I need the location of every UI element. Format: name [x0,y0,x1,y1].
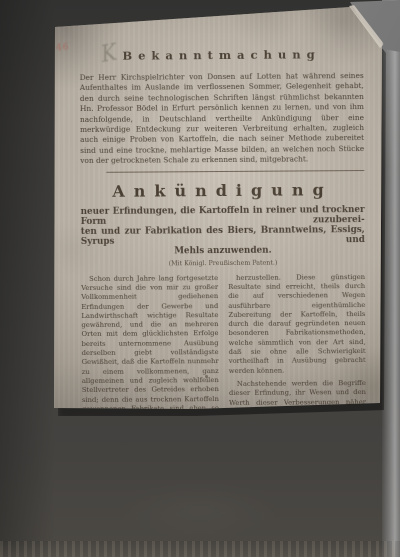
subtitle-line-3: Mehls anzuwenden. [81,245,365,257]
left-column-paragraph: Schon durch Jahre lang fortgesetzte Vers… [81,274,219,442]
subtitle-line-1: neuer Erfindungen, die Kartoffeln in rei… [81,205,365,227]
heading-ankuendigung: Ankündigung [80,180,364,201]
patent-note: (Mit Königl. Preußischem Patent.) [81,259,365,268]
subtitle-line-2: ten und zur Fabrikation des Biers, Brann… [81,225,365,247]
heading-bekanntmachung: Bekanntmachung [80,47,364,63]
red-collector-number: 46 [56,43,70,54]
intro-paragraph: Der Herr Kirchspielrichter von Donsen au… [80,71,365,167]
announcement-subtitle: neuer Erfindungen, die Kartoffeln in rei… [81,205,365,258]
background-left-shade [0,0,55,557]
paper-sheet: 46 K Bekanntmachung Der Herr Kirchspielr… [53,5,383,411]
body-columns: Schon durch Jahre lang fortgesetzte Vers… [81,273,366,482]
left-column: Schon durch Jahre lang fortgesetzte Vers… [81,274,219,482]
horizontal-rule [106,170,364,173]
right-column-paragraph-1: herzustellen. Diese günstigen Resultate … [228,273,366,376]
right-column-paragraph-3: Die von mir erfundene eigenthümliche Zub… [229,420,366,477]
photo-scene: 46 K Bekanntmachung Der Herr Kirchspielr… [0,0,400,557]
right-column: herzustellen. Diese günstigen Resultate … [228,273,366,481]
background-bottom-texture [0,541,400,557]
printed-content: Bekanntmachung Der Herr Kirchspielrichte… [79,44,366,482]
background-blotch [120,480,280,540]
